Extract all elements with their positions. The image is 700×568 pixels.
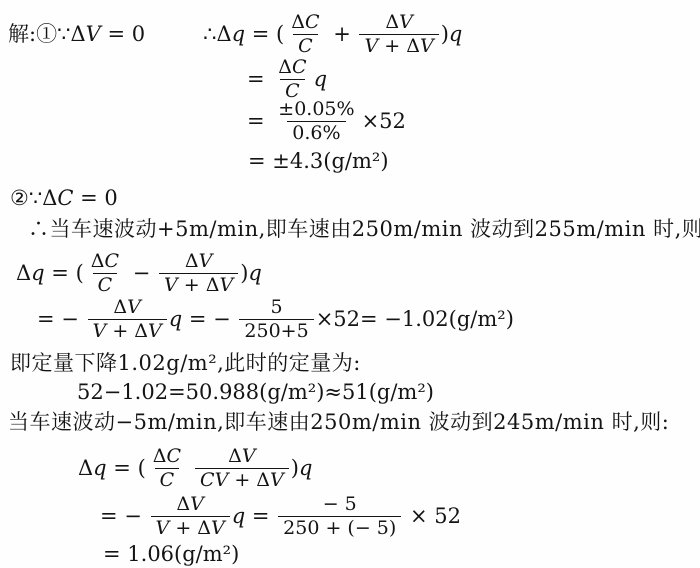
line-text-minus5: 当车速波动−5m/min,即车速由250m/min 波动到245m/min 时,…: [8, 410, 669, 435]
fraction-numerator: ΔV: [171, 494, 208, 516]
math-text: )q: [441, 22, 463, 47]
fraction-denominator: C: [293, 34, 318, 57]
line-solution-part2: ②∵ΔC = 0: [10, 186, 118, 211]
fraction-numerator: ΔC: [273, 57, 311, 79]
line-eq-compute1: = − ΔVV + ΔVq = − 5250+5×52= −1.02(g/m²): [37, 297, 514, 343]
fraction: ΔCC: [273, 57, 311, 103]
text: 当车速波动−5m/min,即车速由250m/min 波动到245m/min 时,…: [8, 410, 669, 435]
math-text: −: [126, 261, 157, 286]
math-text: Δq = (: [216, 22, 284, 47]
document-page: 解:①∵ΔV = 0∴Δq = (ΔCC + ΔVV + ΔV)q= ΔCCq=…: [0, 0, 700, 568]
fraction-denominator: V + ΔV: [159, 273, 238, 296]
fraction: ΔVV + ΔV: [359, 12, 438, 58]
math-text: )q: [240, 261, 262, 286]
text: × 52: [403, 504, 461, 529]
line-eq-result3: = 1.06(g/m²): [103, 542, 239, 567]
fraction-denominator: C: [93, 273, 118, 296]
fraction: ΔCC: [86, 251, 124, 297]
line-text-drop: 即定量下降1.02g/m²,此时的定量为:: [10, 351, 361, 376]
fraction: ΔCC: [286, 12, 324, 58]
fraction: − 5250 + (− 5): [278, 494, 401, 540]
math-text: +: [327, 22, 358, 47]
text: ②: [10, 186, 29, 211]
text: ×52: [362, 109, 406, 134]
text: 即定量下降1.02g/m²,此时的定量为:: [10, 351, 361, 376]
fraction-numerator: ΔC: [86, 251, 124, 273]
fraction-denominator: C: [155, 468, 180, 491]
fraction-denominator: V + ΔV: [359, 34, 438, 57]
line-eq-dc-over-c: = ΔCCq: [247, 57, 327, 103]
fraction-denominator: 250 + (− 5): [278, 516, 401, 539]
fraction-numerator: ΔV: [223, 446, 260, 468]
fraction: ΔCC: [148, 446, 186, 492]
fraction-numerator: − 5: [318, 494, 362, 516]
math-text: = −: [100, 504, 149, 529]
math-text: =: [103, 542, 127, 567]
fraction: ΔVV + ΔV: [151, 494, 230, 540]
text: ∵: [29, 186, 42, 211]
fraction-denominator: 250+5: [239, 319, 313, 342]
math-text: Δq = (: [16, 261, 84, 286]
text: ±4.3(g/m²): [272, 149, 388, 174]
fraction: ΔVV + ΔV: [88, 297, 167, 343]
fraction-numerator: ΔC: [148, 446, 186, 468]
text: 解:①: [8, 22, 57, 47]
line-eq-dq2: Δq = (ΔCCΔVCV + ΔV)q: [78, 446, 312, 492]
text: 52−1.02=50.988(g/m²)≈51(g/m²): [77, 380, 434, 405]
fraction-denominator: V + ΔV: [151, 516, 230, 539]
math-text: Δq = (: [78, 456, 146, 481]
fraction: ΔVV + ΔV: [159, 251, 238, 297]
math-text: q = −: [169, 307, 238, 332]
math-text: )q: [291, 456, 313, 481]
fraction: ΔVCV + ΔV: [195, 446, 289, 492]
math-text: =: [247, 67, 271, 92]
math-text: ΔV = 0: [70, 22, 145, 47]
text: 1.06(g/m²): [127, 542, 239, 567]
fraction-numerator: ΔV: [108, 297, 145, 319]
text: ∴当车速波动+5m/min,即车速由250m/min 波动到255m/min 时…: [28, 217, 700, 242]
text: ×52= −1.02(g/m²): [316, 307, 514, 332]
line-text-plus5: ∴当车速波动+5m/min,即车速由250m/min 波动到255m/min 时…: [28, 217, 700, 242]
line-eq-percent: = ±0.05%0.6%×52: [247, 99, 406, 145]
math-text: =: [248, 149, 272, 174]
fraction-numerator: ±0.05%: [273, 99, 359, 121]
fraction-denominator: V + ΔV: [88, 319, 167, 342]
fraction-denominator: CV + ΔV: [195, 468, 289, 491]
math-text: ΔC = 0: [42, 186, 118, 211]
line-solution-part1: 解:①∵ΔV = 0∴Δq = (ΔCC + ΔVV + ΔV)q: [8, 12, 462, 58]
fraction-numerator: ΔC: [286, 12, 324, 34]
fraction-numerator: 5: [266, 297, 288, 319]
math-text: q =: [232, 504, 276, 529]
line-eq-dq-minus: Δq = (ΔCC − ΔVV + ΔV)q: [16, 251, 262, 297]
math-text: = −: [37, 307, 86, 332]
math-text: q: [314, 67, 327, 92]
line-eq-result1: = ±4.3(g/m²): [248, 149, 389, 174]
line-eq-compute2: = − ΔVV + ΔVq = − 5250 + (− 5) × 52: [100, 494, 461, 540]
text: ∵: [57, 22, 70, 47]
fraction-numerator: ΔV: [380, 12, 417, 34]
fraction-denominator: 0.6%: [287, 121, 345, 144]
fraction: 5250+5: [239, 297, 313, 343]
text: ∴: [203, 22, 216, 47]
line-eq-result2: 52−1.02=50.988(g/m²)≈51(g/m²): [77, 380, 434, 405]
math-text: =: [247, 109, 271, 134]
fraction: ±0.05%0.6%: [273, 99, 359, 145]
fraction-numerator: ΔV: [180, 251, 217, 273]
